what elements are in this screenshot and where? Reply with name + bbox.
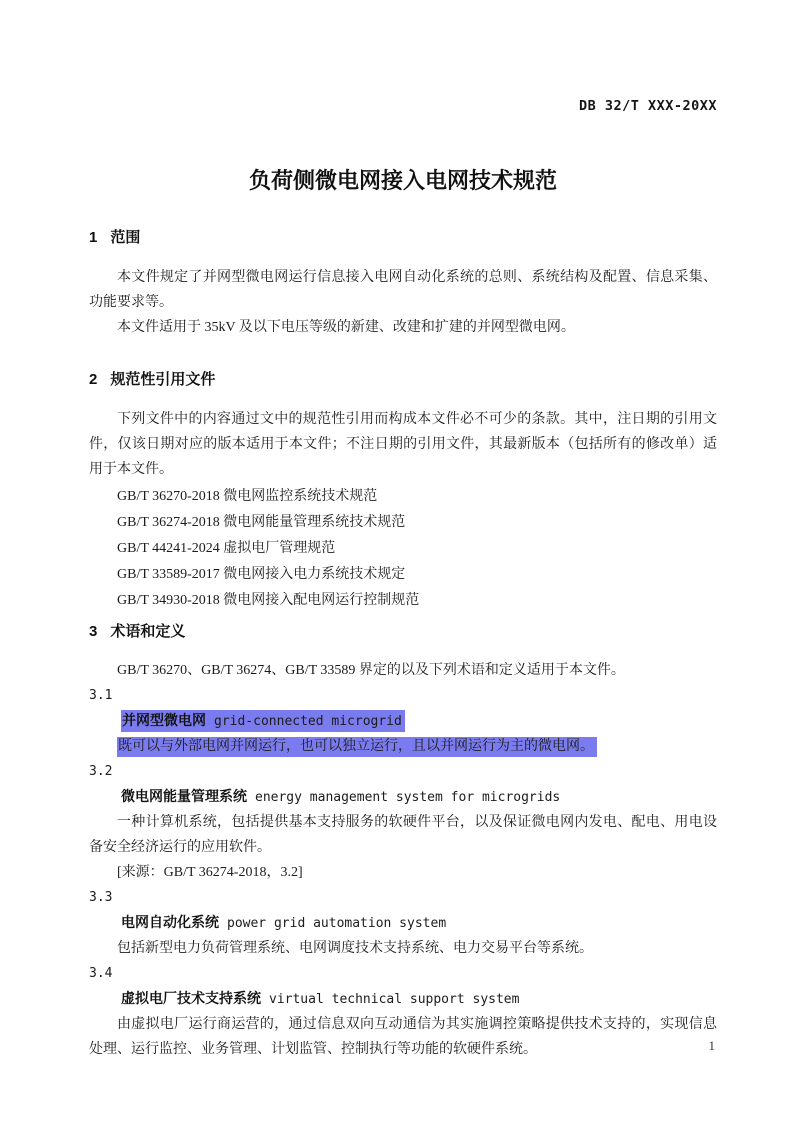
term-entry-3-1: 3.1 并网型微电网grid-connected microgrid 既可以与外… <box>89 683 717 759</box>
reference-item: GB/T 33589-2017 微电网接入电力系统技术规定 <box>89 562 717 588</box>
terms-intro: GB/T 36270、GB/T 36274、GB/T 33589 界定的以及下列… <box>89 658 717 683</box>
term-line: 微电网能量管理系统energy management system for mi… <box>89 784 717 810</box>
term-line: 电网自动化系统power grid automation system <box>89 910 717 936</box>
term-number: 3.4 <box>89 961 717 986</box>
section-heading-scope: 1范围 <box>89 228 717 248</box>
term-definition: 由虚拟电厂运行商运营的，通过信息双向互动通信为其实施调控策略提供技术支持的，实现… <box>89 1012 717 1062</box>
term-chinese: 虚拟电厂技术支持系统 <box>121 990 261 1006</box>
section-title: 规范性引用文件 <box>110 371 215 388</box>
page-number: 1 <box>709 1038 716 1054</box>
term-line: 虚拟电厂技术支持系统virtual technical support syst… <box>89 986 717 1012</box>
normative-references-intro: 下列文件中的内容通过文中的规范性引用而构成本文件必不可少的条款。其中，注日期的引… <box>89 407 717 482</box>
scope-paragraph-1: 本文件规定了并网型微电网运行信息接入电网自动化系统的总则、系统结构及配置、信息采… <box>89 265 717 315</box>
term-english: energy management system for microgrids <box>255 790 560 805</box>
section-number: 2 <box>89 371 97 388</box>
section-title: 范围 <box>110 229 140 246</box>
term-english: virtual technical support system <box>269 992 519 1007</box>
term-english: grid-connected microgrid <box>214 714 402 729</box>
term-number: 3.1 <box>89 683 717 708</box>
term-number: 3.3 <box>89 885 717 910</box>
section-number: 3 <box>89 623 97 640</box>
standard-code: DB 32/T XXX-20XX <box>89 98 717 114</box>
term-source-note: [来源：GB/T 36274-2018，3.2] <box>89 860 717 885</box>
text-selection-highlight: 并网型微电网grid-connected microgrid <box>121 710 405 732</box>
reference-item: GB/T 34930-2018 微电网接入配电网运行控制规范 <box>89 588 717 614</box>
reference-item: GB/T 36274-2018 微电网能量管理系统技术规范 <box>89 510 717 536</box>
term-definition: 包括新型电力负荷管理系统、电网调度技术支持系统、电力交易平台等系统。 <box>89 936 717 961</box>
reference-item: GB/T 36270-2018 微电网监控系统技术规范 <box>89 484 717 510</box>
term-entry-3-4: 3.4 虚拟电厂技术支持系统virtual technical support … <box>89 961 717 1062</box>
section-heading-terms-definitions: 3术语和定义 <box>89 622 717 642</box>
section-heading-normative-references: 2规范性引用文件 <box>89 370 717 390</box>
term-entry-3-2: 3.2 微电网能量管理系统energy management system fo… <box>89 759 717 885</box>
section-title: 术语和定义 <box>110 623 185 640</box>
term-definition: 既可以与外部电网并网运行，也可以独立运行，且以并网运行为主的微电网。 <box>89 734 717 759</box>
term-definition: 一种计算机系统，包括提供基本支持服务的软硬件平台，以及保证微电网内发电、配电、用… <box>89 810 717 860</box>
term-chinese: 电网自动化系统 <box>121 914 219 930</box>
scope-paragraph-2: 本文件适用于 35kV 及以下电压等级的新建、改建和扩建的并网型微电网。 <box>89 315 717 340</box>
term-chinese: 并网型微电网 <box>122 712 206 728</box>
document-title: 负荷侧微电网接入电网技术规范 <box>89 164 717 198</box>
section-number: 1 <box>89 229 97 246</box>
term-english: power grid automation system <box>227 916 446 931</box>
reference-item: GB/T 44241-2024 虚拟电厂管理规范 <box>89 536 717 562</box>
reference-list: GB/T 36270-2018 微电网监控系统技术规范 GB/T 36274-2… <box>89 484 717 614</box>
text-selection-highlight: 既可以与外部电网并网运行，也可以独立运行，且以并网运行为主的微电网。 <box>117 737 597 757</box>
term-number: 3.2 <box>89 759 717 784</box>
term-line: 并网型微电网grid-connected microgrid <box>89 708 717 734</box>
term-entry-3-3: 3.3 电网自动化系统power grid automation system … <box>89 885 717 961</box>
document-page: DB 32/T XXX-20XX 负荷侧微电网接入电网技术规范 1范围 本文件规… <box>0 0 793 1122</box>
term-chinese: 微电网能量管理系统 <box>121 788 247 804</box>
